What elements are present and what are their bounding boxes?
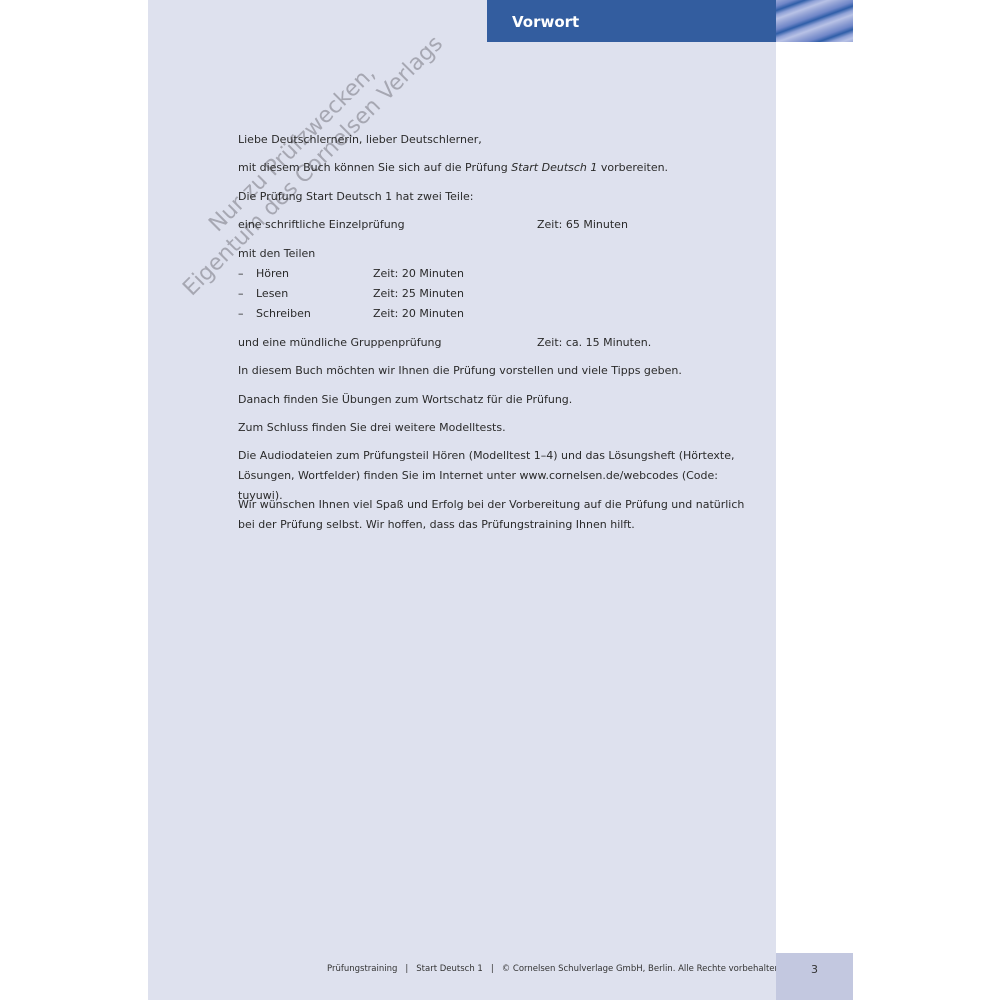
oral-exam-label: und eine mündliche Gruppenprüfung: [238, 336, 442, 349]
paragraph-1: In diesem Buch möchten wir Ihnen die Prü…: [238, 364, 682, 377]
part-label: Schreiben: [256, 307, 311, 320]
part-row: – Lesen Zeit: 25 Minuten: [238, 287, 244, 300]
written-exam-row: eine schriftliche Einzelprüfung: [238, 218, 405, 231]
footer-series: Prüfungstraining: [327, 964, 397, 974]
footer-separator: |: [405, 964, 408, 974]
part-time: Zeit: 20 Minuten: [373, 307, 464, 320]
footer-separator: |: [491, 964, 494, 974]
written-exam-label: eine schriftliche Einzelprüfung: [238, 218, 405, 231]
parts-intro: Die Prüfung Start Deutsch 1 hat zwei Tei…: [238, 190, 473, 203]
intro-exam-name: Start Deutsch 1: [511, 161, 597, 174]
page-number: 3: [776, 963, 853, 976]
paragraph-5: Wir wünschen Ihnen viel Spaß und Erfolg …: [238, 495, 758, 535]
with-parts-label: mit den Teilen: [238, 247, 315, 260]
part-row: – Schreiben Zeit: 20 Minuten: [238, 307, 244, 320]
part-label: Hören: [256, 267, 289, 280]
part-label: Lesen: [256, 287, 288, 300]
intro-text: mit diesem Buch können Sie sich auf die …: [238, 161, 668, 174]
dash: –: [238, 267, 244, 280]
part-row: – Hören Zeit: 20 Minuten: [238, 267, 244, 280]
chapter-title: Vorwort: [512, 13, 579, 31]
intro-post: vorbereiten.: [597, 161, 668, 174]
decorative-stripe-block: [776, 0, 853, 42]
greeting: Liebe Deutschlernerin, lieber Deutschler…: [238, 133, 482, 146]
intro-pre: mit diesem Buch können Sie sich auf die …: [238, 161, 511, 174]
footer-copyright: © Cornelsen Schulverlage GmbH, Berlin. A…: [502, 964, 783, 974]
page-number-box: 3: [776, 953, 853, 1000]
part-time: Zeit: 25 Minuten: [373, 287, 464, 300]
dash: –: [238, 287, 244, 300]
written-exam-time: Zeit: 65 Minuten: [537, 218, 628, 231]
footer: Prüfungstraining|Start Deutsch 1|© Corne…: [327, 964, 783, 974]
paragraph-3: Zum Schluss finden Sie drei weitere Mode…: [238, 421, 506, 434]
footer-title: Start Deutsch 1: [416, 964, 483, 974]
paragraph-2: Danach finden Sie Übungen zum Wortschatz…: [238, 393, 572, 406]
oral-exam-time: Zeit: ca. 15 Minuten.: [537, 336, 651, 349]
dash: –: [238, 307, 244, 320]
chapter-header: Vorwort: [487, 0, 776, 42]
part-time: Zeit: 20 Minuten: [373, 267, 464, 280]
